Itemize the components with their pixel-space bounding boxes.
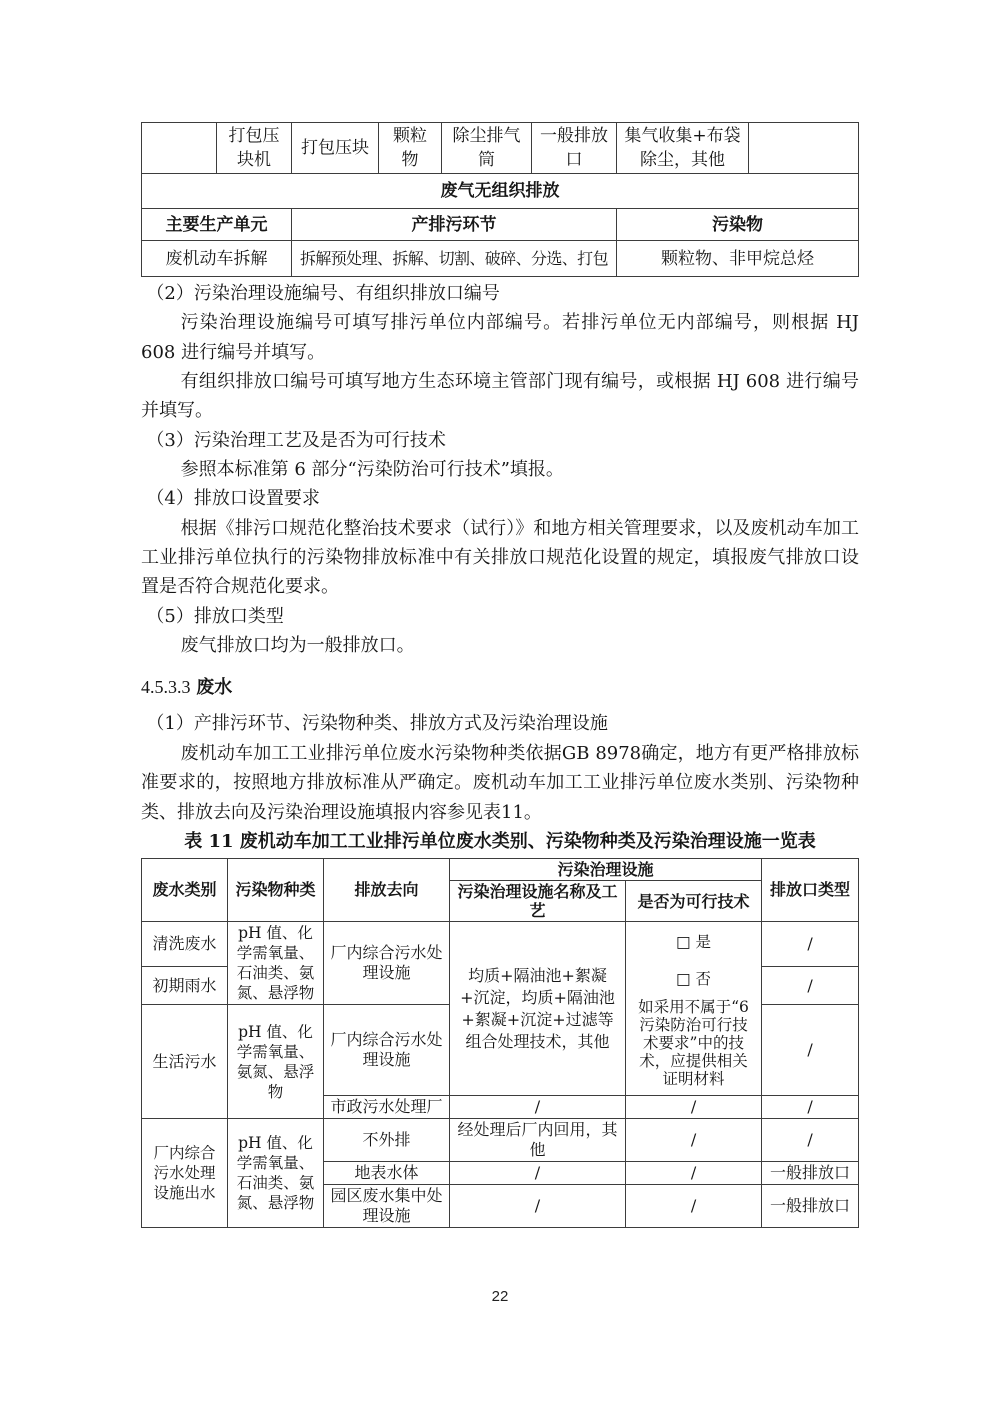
cell-dismantling-steps: 拆解预处理、拆解、切割、破碎、分选、打包 xyxy=(292,241,617,277)
cell-outlet-general: 一般排放口 xyxy=(762,1185,859,1228)
cell-initial-rainwater: 初期雨水 xyxy=(142,967,228,1005)
item-2-paragraph-1: 污染治理设施编号可填写排污单位内部编号。若排污单位无内部编号，则根据 HJ 60… xyxy=(141,308,859,367)
section-heading-wastewater: 4.5.3.3 废水 xyxy=(141,672,859,703)
table-row: 主要生产单元 产排污环节 污染物 xyxy=(142,209,859,241)
table11-caption: 表 11 废机动车加工工业排污单位废水类别、污染物种类及污染治理设施一览表 xyxy=(141,827,859,856)
exhaust-table: 打包压块机 打包压块 颗粒物 除尘排气筒 一般排放口 集气收集+布袋除尘，其他 … xyxy=(141,122,859,277)
cell-general-outlet: 一般排放口 xyxy=(532,123,617,174)
cell-outlet-slash: / xyxy=(762,922,859,967)
section-number: 4.5.3.3 xyxy=(141,677,191,697)
table-row: 打包压块机 打包压块 颗粒物 除尘排气筒 一般排放口 集气收集+布袋除尘，其他 xyxy=(142,123,859,174)
item-1-paragraph-1: 废机动车加工工业排污单位废水污染物种类依据GB 8978确定，地方有更严格排放标… xyxy=(141,739,859,827)
header-wastewater-type: 废水类别 xyxy=(142,859,228,922)
checkbox-no-option: □ 否 xyxy=(632,969,755,989)
cell-pollutants-washing-rain: pH 值、化学需氧量、石油类、氨氮、悬浮物 xyxy=(228,922,324,1005)
feasible-note: 如采用不属于“6 污染防治可行技术要求”中的技术，应提供相关证明材料 xyxy=(632,998,755,1088)
header-pollutant-types: 污染物种类 xyxy=(228,859,324,922)
cell-dest-park-facility: 园区废水集中处理设施 xyxy=(324,1185,450,1228)
cell-fugitive-emission: 废气无组织排放 xyxy=(142,174,859,209)
table-row: 废水类别 污染物种类 排放去向 污染治理设施 排放口类型 xyxy=(142,859,859,881)
item-4-title: （4）排放口设置要求 xyxy=(141,484,859,513)
cell-process-combined: 均质+隔油池+絮凝+沉淀，均质+隔油池+絮凝+沉淀+过滤等组合处理技术，其他 xyxy=(450,922,626,1096)
header-treatment-facility-group: 污染治理设施 xyxy=(450,859,762,881)
cell-baling-press-machine: 打包压块机 xyxy=(217,123,292,174)
table-row: 废机动车拆解 拆解预处理、拆解、切割、破碎、分选、打包 颗粒物、非甲烷总烃 xyxy=(142,241,859,277)
page-number: 22 xyxy=(0,1288,1000,1305)
cell-outlet-slash: / xyxy=(762,967,859,1005)
item-2-title: （2）污染治理设施编号、有组织排放口编号 xyxy=(141,279,859,308)
item-2-paragraph-2: 有组织排放口编号可填写地方生态环境主管部门现有编号，或根据 HJ 608 进行编… xyxy=(141,367,859,426)
item-5-paragraph-1: 废气排放口均为一般排放口。 xyxy=(141,631,859,660)
wastewater-table: 废水类别 污染物种类 排放去向 污染治理设施 排放口类型 污染治理设施名称及工艺… xyxy=(141,858,859,1228)
document-page: 打包压块机 打包压块 颗粒物 除尘排气筒 一般排放口 集气收集+布袋除尘，其他 … xyxy=(0,0,1000,1414)
item-3-paragraph-1: 参照本标准第 6 部分“污染防治可行技术”填报。 xyxy=(141,455,859,484)
cell-scrap-vehicle-dismantling: 废机动车拆解 xyxy=(142,241,292,277)
cell-dest-no-discharge: 不外排 xyxy=(324,1119,450,1162)
cell-outlet-slash: / xyxy=(762,1005,859,1096)
cell-feasible-slash: / xyxy=(626,1119,762,1162)
cell-baling-block: 打包压块 xyxy=(292,123,379,174)
cell-particulate: 颗粒物 xyxy=(379,123,442,174)
cell-outlet-general: 一般排放口 xyxy=(762,1162,859,1185)
cell-feasible-slash: / xyxy=(626,1096,762,1119)
cell-empty xyxy=(142,123,217,174)
body-text: （2）污染治理设施编号、有组织排放口编号 污染治理设施编号可填写排污单位内部编号… xyxy=(141,279,859,856)
cell-dust-stack: 除尘排气筒 xyxy=(442,123,532,174)
cell-empty xyxy=(749,123,859,174)
cell-dest-municipal-plant: 市政污水处理厂 xyxy=(324,1096,450,1119)
cell-process-reuse: 经处理后厂内回用，其他 xyxy=(450,1119,626,1162)
cell-feasible-tech: □ 是 □ 否 如采用不属于“6 污染防治可行技术要求”中的技术，应提供相关证明… xyxy=(626,922,762,1096)
header-is-feasible-tech: 是否为可行技术 xyxy=(626,881,762,922)
header-outlet-type: 排放口类型 xyxy=(762,859,859,922)
header-discharge-destination: 排放去向 xyxy=(324,859,450,922)
table-row: 清洗废水 pH 值、化学需氧量、石油类、氨氮、悬浮物 厂内综合污水处理设施 均质… xyxy=(142,922,859,967)
cell-washing-wastewater: 清洗废水 xyxy=(142,922,228,967)
header-pollutant: 污染物 xyxy=(617,209,859,241)
cell-plant-effluent: 厂内综合污水处理设施出水 xyxy=(142,1119,228,1228)
cell-dest-plant-treatment: 厂内综合污水处理设施 xyxy=(324,922,450,1005)
cell-domestic-sewage: 生活污水 xyxy=(142,1005,228,1119)
item-3-title: （3）污染治理工艺及是否为可行技术 xyxy=(141,426,859,455)
table-row: 废气无组织排放 xyxy=(142,174,859,209)
cell-pollutants-domestic: pH 值、化学需氧量、氨氮、悬浮物 xyxy=(228,1005,324,1119)
header-pollution-link: 产排污环节 xyxy=(292,209,617,241)
cell-dest-plant-treatment: 厂内综合污水处理设施 xyxy=(324,1005,450,1096)
cell-gas-collection-bag-dust: 集气收集+布袋除尘，其他 xyxy=(617,123,749,174)
cell-process-slash: / xyxy=(450,1162,626,1185)
cell-feasible-slash: / xyxy=(626,1162,762,1185)
item-5-title: （5）排放口类型 xyxy=(141,602,859,631)
cell-outlet-slash: / xyxy=(762,1096,859,1119)
cell-feasible-slash: / xyxy=(626,1185,762,1228)
cell-outlet-slash: / xyxy=(762,1119,859,1162)
cell-dest-surface-water: 地表水体 xyxy=(324,1162,450,1185)
table-row: 厂内综合污水处理设施出水 pH 值、化学需氧量、石油类、氨氮、悬浮物 不外排 经… xyxy=(142,1119,859,1162)
item-1-title: （1）产排污环节、污染物种类、排放方式及污染治理设施 xyxy=(141,709,859,738)
cell-pollutants-list: 颗粒物、非甲烷总烃 xyxy=(617,241,859,277)
item-4-paragraph-1: 根据《排污口规范化整治技术要求（试行）》和地方相关管理要求，以及废机动车加工工业… xyxy=(141,514,859,602)
header-main-production-unit: 主要生产单元 xyxy=(142,209,292,241)
cell-pollutants-effluent: pH 值、化学需氧量、石油类、氨氮、悬浮物 xyxy=(228,1119,324,1228)
cell-process-slash: / xyxy=(450,1185,626,1228)
section-label: 废水 xyxy=(196,677,232,698)
header-treatment-facility-name: 污染治理设施名称及工艺 xyxy=(450,881,626,922)
cell-process-slash: / xyxy=(450,1096,626,1119)
checkbox-yes-option: □ 是 xyxy=(632,932,755,952)
